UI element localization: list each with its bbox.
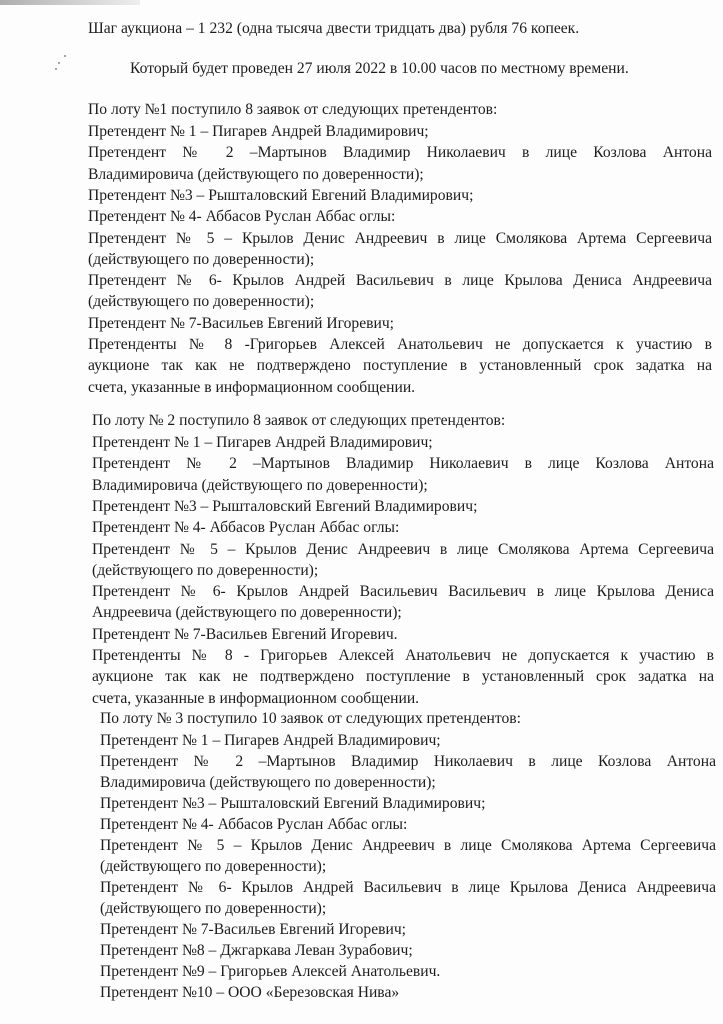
applicant-line: (действующего по доверенности); bbox=[92, 561, 318, 581]
scan-speck bbox=[64, 55, 66, 57]
applicant-line: (действующего по доверенности); bbox=[88, 292, 314, 312]
auction-date-text: Который будет проведен 27 июля 2022 в 10… bbox=[130, 59, 629, 79]
applicant-line: счета, указанные в информационном сообще… bbox=[92, 689, 419, 709]
applicant-line: Претендент № 1 – Пигарев Андрей Владимир… bbox=[100, 731, 441, 751]
applicant-line: Владимировича (действующего по доверенно… bbox=[92, 476, 428, 496]
applicant-line: Претендент №3 – Рышталовский Евгений Вла… bbox=[100, 794, 485, 814]
applicant-line: аукционе так как не подтверждено поступл… bbox=[92, 667, 714, 687]
applicant-line: Претендент № 6- Крылов Андрей Васильевич… bbox=[88, 271, 712, 291]
applicant-line: (действующего по доверенности); bbox=[88, 250, 314, 270]
applicant-line: Претендент № 6- Крылов Андрей Васильевич… bbox=[100, 878, 716, 898]
applicant-line: Претендент №8 – Джгаркава Леван Зурабови… bbox=[100, 941, 413, 961]
applicant-line: Претендент № 5 – Крылов Денис Андреевич … bbox=[88, 229, 712, 249]
applicant-line: Претендент № 4- Аббасов Руслан Аббас огл… bbox=[100, 815, 407, 835]
scanned-page: Шаг аукциона – 1 232 (одна тысяча двести… bbox=[0, 0, 723, 1024]
applicant-line: Претендент № 6- Крылов Андрей Васильевич… bbox=[92, 582, 714, 602]
applicant-line: Претенденты № 8 -Григорьев Алексей Анато… bbox=[88, 335, 712, 355]
applicant-line: Претендент № 7-Васильев Евгений Игоревич… bbox=[92, 625, 398, 645]
applicant-line: Претендент № 2 –Мартынов Владимир Никола… bbox=[88, 143, 712, 163]
scan-speck bbox=[55, 68, 57, 70]
auction-step-text: Шаг аукциона – 1 232 (одна тысяча двести… bbox=[88, 19, 579, 39]
applicant-line: Претенденты № 8 - Григорьев Алексей Анат… bbox=[92, 646, 714, 666]
lot-1-title: По лоту №1 поступило 8 заявок от следующ… bbox=[88, 100, 497, 120]
applicant-line: аукционе так как не подтверждено поступл… bbox=[88, 356, 712, 376]
applicant-line: (действующего по доверенности); bbox=[100, 899, 326, 919]
applicant-line: Претендент №9 – Григорьев Алексей Анатол… bbox=[100, 962, 440, 982]
applicant-line: Претендент № 4- Аббасов Руслан Аббас огл… bbox=[92, 518, 399, 538]
scan-edge-shadow bbox=[0, 0, 140, 5]
lot-3-title: По лоту № 3 поступило 10 заявок от следу… bbox=[100, 709, 521, 729]
applicant-line: (действующего по доверенности); bbox=[100, 857, 326, 877]
applicant-line: Претендент № 7-Васильев Евгений Игоревич… bbox=[100, 920, 406, 940]
applicant-line: Претендент №10 – ООО «Березовская Нива» bbox=[100, 983, 399, 1003]
lot-2-title: По лоту № 2 поступило 8 заявок от следую… bbox=[92, 411, 505, 431]
applicant-line: Претендент № 5 – Крылов Денис Андреевич … bbox=[100, 836, 716, 856]
applicant-line: Владимировича (действующего по доверенно… bbox=[88, 165, 424, 185]
applicant-line: Андреевича (действующего по доверенности… bbox=[92, 603, 402, 623]
applicant-line: Претендент №3 – Рышталовский Евгений Вла… bbox=[92, 497, 477, 517]
applicant-line: Претендент №3 – Рышталовский Евгений Вла… bbox=[88, 186, 473, 206]
applicant-line: Претендент № 2 –Мартынов Владимир Никола… bbox=[92, 454, 714, 474]
applicant-line: счета, указанные в информационном сообще… bbox=[88, 378, 415, 398]
applicant-line: Претендент № 7-Васильев Евгений Игоревич… bbox=[88, 314, 394, 334]
scan-speck bbox=[58, 62, 60, 64]
applicant-line: Претендент № 5 – Крылов Денис Андреевич … bbox=[92, 540, 714, 560]
applicant-line: Претендент № 1 – Пигарев Андрей Владимир… bbox=[88, 122, 429, 142]
applicant-line: Владимировича (действующего по доверенно… bbox=[100, 773, 436, 793]
applicant-line: Претендент № 4- Аббасов Руслан Аббас огл… bbox=[88, 207, 395, 227]
applicant-line: Претендент № 1 – Пигарев Андрей Владимир… bbox=[92, 433, 433, 453]
applicant-line: Претендент № 2 –Мартынов Владимир Никола… bbox=[100, 752, 716, 772]
